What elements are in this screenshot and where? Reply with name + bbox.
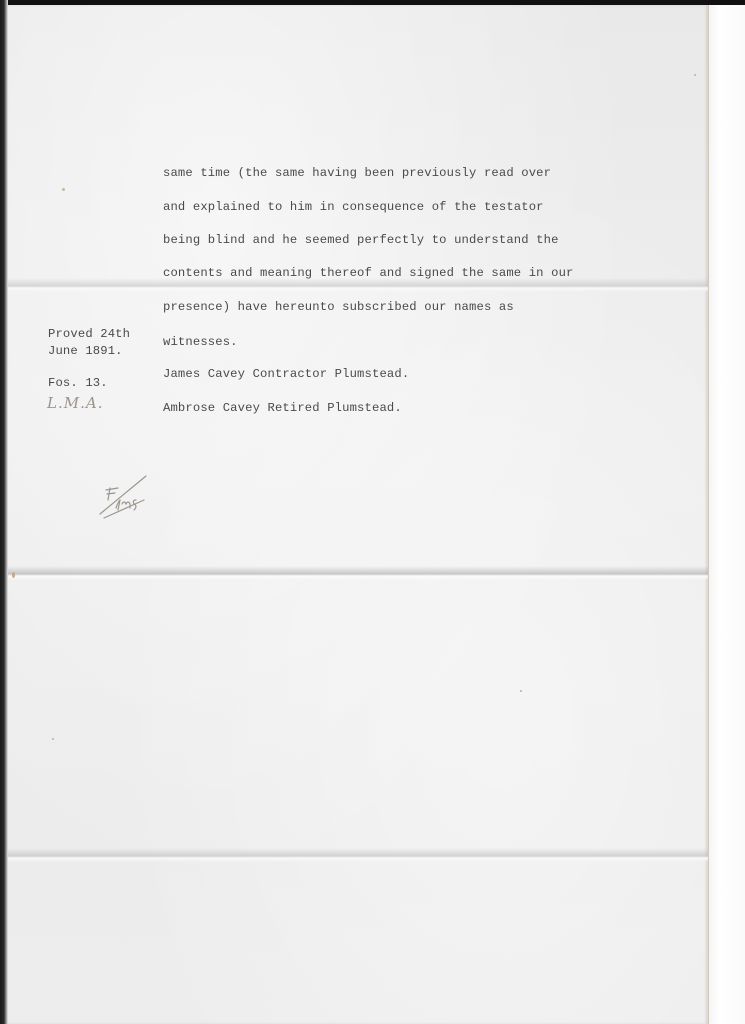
handwritten-initials: L.M.A. [47,394,103,412]
body-text-line: contents and meaning thereof and signed … [163,266,574,280]
fold-line [8,278,708,292]
probate-date-line-1: Proved 24th [48,327,130,341]
witness-james-cavey: James Cavey Contractor Plumstead. [163,367,409,381]
fold-line [8,848,708,862]
paper-speck [62,188,65,191]
paper-speck [694,74,696,76]
paper-speck [52,738,54,740]
fold-line [8,566,708,580]
paper-speck [520,690,522,692]
scanner-edge-left [0,0,8,1024]
body-text-line: same time (the same having been previous… [163,166,551,180]
body-text-line: and explained to him in consequence of t… [163,200,544,214]
handwritten-mark-icon [96,470,156,525]
body-text-line: being blind and he seemed perfectly to u… [163,233,559,247]
scanned-document: same time (the same having been previous… [0,0,745,1024]
probate-date-line-2: June 1891. [48,344,123,358]
body-text-line: presence) have hereunto subscribed our n… [163,300,514,314]
scanner-bed-right [709,5,745,1024]
body-text-line: witnesses. [163,335,238,349]
paper-speck [12,572,15,578]
folios-count: Fos. 13. [48,376,108,390]
witness-ambrose-cavey: Ambrose Cavey Retired Plumstead. [163,401,402,415]
